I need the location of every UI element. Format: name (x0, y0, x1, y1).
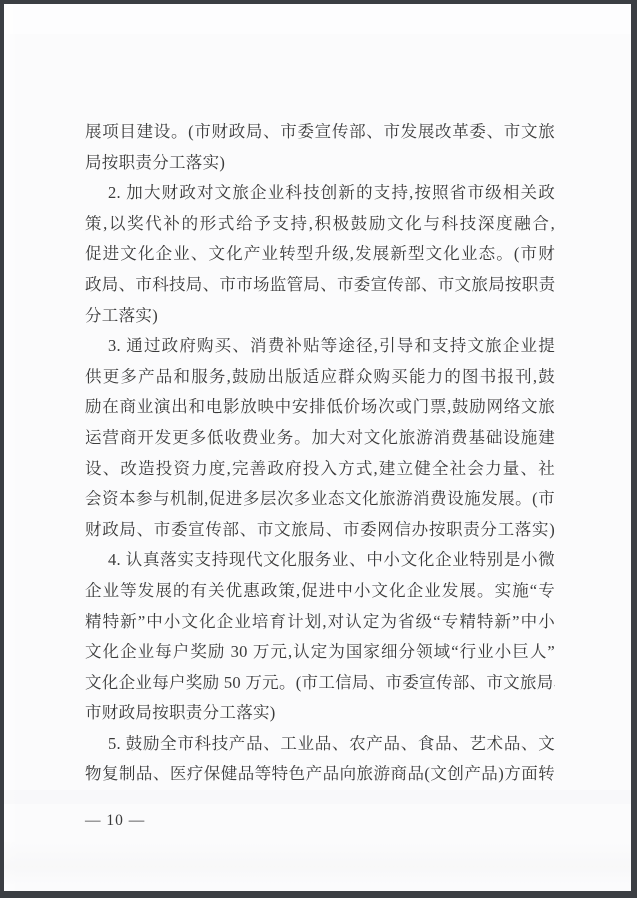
text-line: 3. 通过政府购买、消费补贴等途径,引导和支持文旅企业提 (85, 331, 555, 362)
text-line: 分工落实) (85, 301, 555, 332)
text-line: 精特新”中小文化企业培育计划,对认定为省级“专精特新”中小 (85, 607, 555, 638)
text-line: 2. 加大财政对文旅企业科技创新的支持,按照省市级相关政 (85, 178, 555, 209)
text-line: 物复制品、医疗保健品等特色产品向旅游商品(文创产品)方面转 (85, 759, 555, 790)
text-line: 局按职责分工落实) (85, 148, 555, 179)
scan-viewport: { "page": { "colors": { "scanner_bed": "… (0, 0, 637, 898)
text-line: 5. 鼓励全市科技产品、工业品、农产品、食品、艺术品、文 (85, 729, 555, 760)
text-line: 市财政局按职责分工落实) (85, 698, 555, 729)
text-line: 励在商业演出和电影放映中安排低价场次或门票,鼓励网络文旅 (85, 392, 555, 423)
scan-artifact-band (4, 4, 631, 34)
text-line: 会资本参与机制,促进多层次多业态文化旅游消费设施发展。(市 (85, 484, 555, 515)
scanned-paper: 展项目建设。(市财政局、市委宣传部、市发展改革委、市文旅局按职责分工落实)2. … (4, 4, 631, 891)
text-line: 运营商开发更多低收费业务。加大对文化旅游消费基础设施建 (85, 423, 555, 454)
text-line: 财政局、市委宣传部、市文旅局、市委网信办按职责分工落实) (85, 515, 555, 546)
text-line: 文化企业每户奖励 30 万元,认定为国家细分领域“行业小巨人” (85, 637, 555, 668)
text-line: 展项目建设。(市财政局、市委宣传部、市发展改革委、市文旅 (85, 117, 555, 148)
text-line: 供更多产品和服务,鼓励出版适应群众购买能力的图书报刊,鼓 (85, 362, 555, 393)
text-line: 企业等发展的有关优惠政策,促进中小文化企业发展。实施“专 (85, 576, 555, 607)
text-line: 4. 认真落实支持现代文化服务业、中小文化企业特别是小微 (85, 545, 555, 576)
text-line: 政局、市科技局、市市场监管局、市委宣传部、市文旅局按职责 (85, 270, 555, 301)
text-line: 文化企业每户奖励 50 万元。(市工信局、市委宣传部、市文旅局、 (85, 668, 555, 699)
text-line: 设、改造投资力度,完善政府投入方式,建立健全社会力量、社 (85, 454, 555, 485)
page-number: — 10 — (85, 812, 145, 830)
scan-artifact-edge (4, 4, 18, 891)
scan-artifact-band (4, 842, 631, 884)
text-line: 策,以奖代补的形式给予支持,积极鼓励文化与科技深度融合, (85, 209, 555, 240)
document-body: 展项目建设。(市财政局、市委宣传部、市发展改革委、市文旅局按职责分工落实)2. … (85, 117, 555, 790)
scan-artifact-band (4, 790, 631, 804)
text-line: 促进文化企业、文化产业转型升级,发展新型文化业态。(市财 (85, 239, 555, 270)
